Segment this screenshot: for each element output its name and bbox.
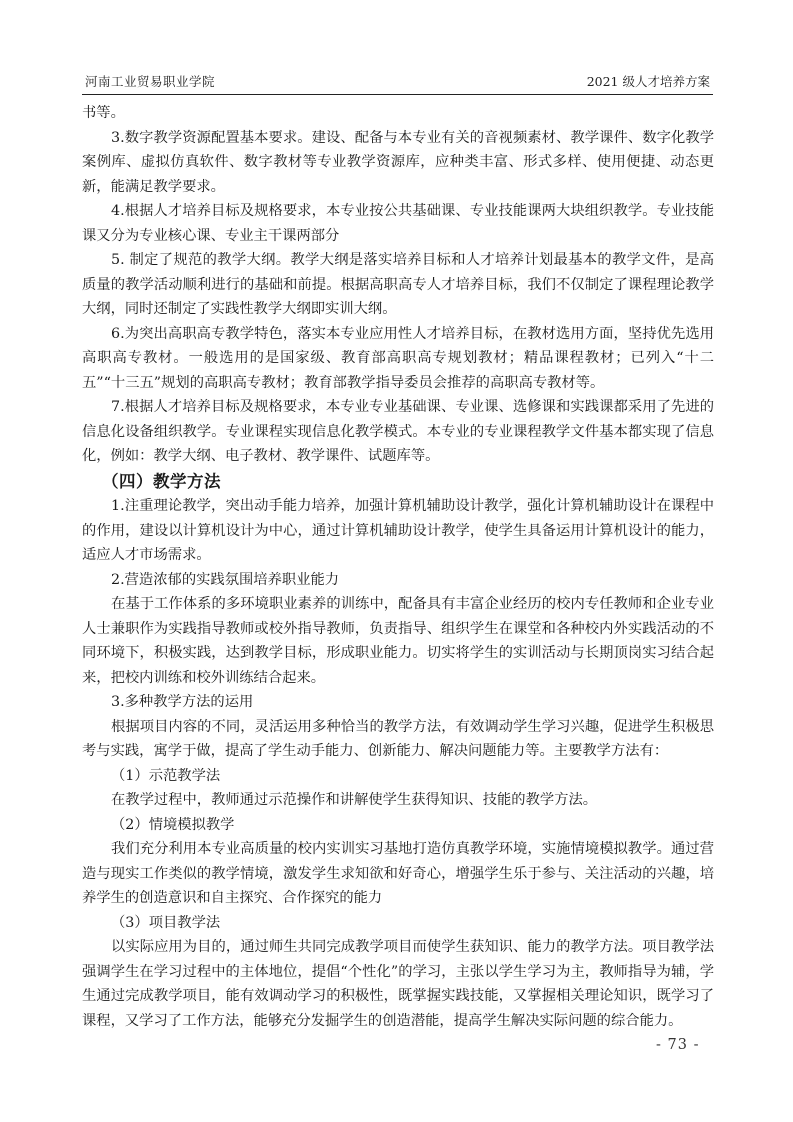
subheading: 2.营造浓郁的实践氛围培养职业能力 [82,568,714,593]
page-body: 书等。 3.数字教学资源配置基本要求。建设、配备与本专业有关的音视频素材、教学课… [82,101,714,1033]
method-heading: （3）项目教学法 [82,911,714,936]
method-heading: （2）情境模拟教学 [82,813,714,838]
section-heading: （四）教学方法 [82,469,714,495]
paragraph: 我们充分利用本专业高质量的校内实训实习基地打造仿真教学环境，实施情境模拟教学。通… [82,837,714,911]
paragraph: 书等。 [82,101,714,126]
paragraph: 在基于工作体系的多环境职业素养的训练中，配备具有丰富企业经历的校内专任教师和企业… [82,592,714,690]
paragraph: 6.为突出高职高专教学特色，落实本专业应用性人才培养目标，在教材选用方面，坚持优… [82,322,714,396]
header-document-title: 2021 级人才培养方案 [587,72,710,92]
paragraph: 根据项目内容的不同，灵活运用多种恰当的教学方法，有效调动学生学习兴趣，促进学生积… [82,715,714,764]
paragraph: 以实际应用为目的，通过师生共同完成教学项目而使学生获知识、能力的教学方法。项目教… [82,935,714,1033]
header-divider [82,94,713,95]
paragraph: 7.根据人才培养目标及规格要求，本专业专业基础课、专业课、选修课和实践课都采用了… [82,395,714,469]
paragraph: 4.根据人才培养目标及规格要求，本专业按公共基础课、专业技能课两大块组织教学。专… [82,199,714,248]
paragraph: 3.数字教学资源配置基本要求。建设、配备与本专业有关的音视频素材、教学课件、数字… [82,126,714,200]
paragraph: 1.注重理论教学，突出动手能力培养，加强计算机辅助设计教学，强化计算机辅助设计在… [82,494,714,568]
paragraph: 在教学过程中，教师通过示范操作和讲解使学生获得知识、技能的教学方法。 [82,788,714,813]
method-heading: （1）示范教学法 [82,764,714,789]
subheading: 3.多种教学方法的运用 [82,690,714,715]
page-number: - 73 - [656,1035,699,1055]
paragraph: 5. 制定了规范的教学大纲。教学大纲是落实培养目标和人才培养计划最基本的教学文件… [82,248,714,322]
header-institution: 河南工业贸易职业学院 [85,72,215,92]
page-header: 河南工业贸易职业学院 2021 级人才培养方案 [82,72,713,92]
